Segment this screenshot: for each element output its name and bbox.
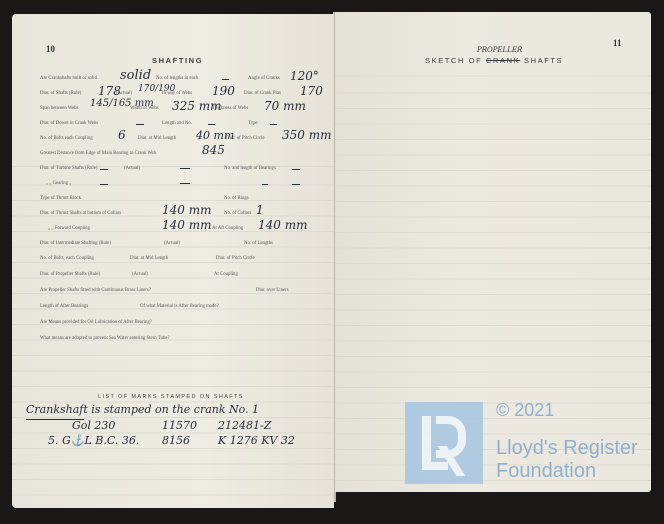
field-label: Diar. of Shafts (Rule) (40, 91, 81, 96)
field-label: Diar. of Dowel in Crank Webs (40, 121, 98, 126)
field-value: 70 mm (264, 99, 306, 113)
field-label: (Actual) (164, 241, 180, 246)
dash-mark (292, 184, 300, 185)
marks-cell: 8156 (162, 434, 190, 447)
dash-mark (208, 124, 215, 125)
dash-mark (100, 169, 108, 170)
page-number: 11 (613, 38, 622, 48)
field-label: (Actual) (116, 91, 132, 96)
ruled-lines (335, 72, 651, 492)
marks-cell: Gol 230 (72, 419, 115, 432)
field-value: 845 (202, 143, 225, 157)
field-value: 140 mm (162, 203, 211, 217)
field-label: No. of Collars (224, 211, 251, 216)
field-label: Greatest Distance from Edge of Main Bear… (40, 151, 156, 156)
field-label: Diar. of Crank Pins (244, 91, 281, 96)
field-value: 170 (300, 84, 323, 98)
title-struck-word: CRANK (486, 56, 520, 65)
field-label: No. of Bolts each Coupling (40, 136, 93, 141)
page-number: 10 (46, 44, 55, 54)
field-label: „ „ Gearing „ (46, 181, 71, 186)
field-label: (Actual) (132, 272, 148, 277)
dash-mark (222, 79, 229, 80)
dash-mark (100, 184, 108, 185)
field-label: In way of Webs (162, 91, 192, 96)
field-value: 190 (212, 84, 235, 98)
field-label: „ „ Forward Coupling (48, 226, 90, 231)
field-label: Of what Material is After Bearing made? (140, 304, 219, 309)
field-label: Length and No. (162, 121, 192, 126)
lr-logo-icon (405, 402, 483, 484)
field-value: solid (120, 68, 151, 83)
watermark-org-line2: Foundation (496, 460, 596, 483)
watermark-org-line1: Lloyd's Register (496, 437, 638, 460)
right-page: 11 PROPELLER SKETCH OF CRANK SHAFTS (335, 12, 651, 492)
title-suffix: SHAFTS (524, 56, 563, 65)
field-value: 140 mm (162, 218, 211, 232)
field-label: Diar. of Pitch Circle (216, 256, 255, 261)
field-label: What means are adopted to prevent Sea Wa… (40, 336, 170, 341)
field-label: Diar. of Propeller Shafts (Rule) (40, 272, 100, 277)
field-label: Diar. at Mid Length (130, 256, 168, 261)
field-label: Diar. over Liners (256, 288, 289, 293)
field-label: Are Crankshafts built or solid (40, 76, 97, 81)
field-label: Are Propeller Shafts fitted with Continu… (40, 288, 151, 293)
dash-mark (262, 184, 268, 185)
field-label: No. of Lengths (244, 241, 273, 246)
field-label: Type of Thrust Block (40, 196, 81, 201)
field-label: Angle of Cranks (248, 76, 280, 81)
field-value: 140 mm (258, 218, 307, 232)
field-label: Diar. of Intermediate Shafting (Rule) (40, 241, 111, 246)
dash-mark (180, 183, 190, 184)
watermark-copyright: © 2021 (496, 400, 554, 421)
field-label: Span between Webs (40, 106, 78, 111)
page-title: SHAFTING (152, 56, 203, 65)
left-page: 10 SHAFTING Are Crankshafts built or sol… (12, 14, 334, 508)
marks-cell: 212481-Z (218, 419, 271, 432)
field-label: Diar. of Thrust Shafts at bottom of Coll… (40, 211, 121, 216)
title-insertion: PROPELLER (477, 46, 522, 54)
marks-cell: K 1276 KV 32 (218, 434, 295, 447)
field-label: At Aft Coupling (212, 226, 243, 231)
field-label: Diar. of Pitch Circle (226, 136, 265, 141)
dash-mark (270, 124, 277, 125)
field-label: Diar. of Turbine Shafts (Rule) (40, 166, 97, 171)
field-value: 6 (118, 128, 126, 142)
field-label: Diar. at Mid Length (138, 136, 176, 141)
field-label: Thickness of Webs (212, 106, 248, 111)
marks-line-1: Crankshaft is stamped on the crank No. 1 (26, 403, 259, 416)
field-label: Are Means provided for Oil Lubrication o… (40, 320, 152, 325)
marks-section-title: LIST OF MARKS STAMPED ON SHAFTS (98, 394, 244, 400)
field-label: (Actual) (124, 166, 140, 171)
title-prefix: SKETCH OF (425, 56, 482, 65)
page-title: SKETCH OF CRANK SHAFTS (425, 56, 563, 65)
field-label: Length of After Bearings (40, 304, 88, 309)
field-label: No. of Bolts, each Coupling (40, 256, 94, 261)
field-value: 1 (256, 203, 264, 217)
dash-mark (292, 169, 300, 170)
dash-mark (136, 124, 144, 125)
marks-cell: 11570 (162, 419, 197, 432)
field-label: Width of Webs (130, 106, 159, 111)
marks-cell: 5. G⚓L B.C. 36. (48, 434, 139, 447)
field-label: Type (248, 121, 258, 126)
field-label: At Coupling (214, 272, 238, 277)
field-label: No. and length of Bearings (224, 166, 276, 171)
field-label: No. of Rings (224, 196, 249, 201)
field-label: No. of lengths in each (156, 76, 198, 81)
dash-mark (180, 168, 190, 169)
field-value: 350 mm (282, 128, 331, 142)
field-value: 120° (290, 69, 319, 83)
